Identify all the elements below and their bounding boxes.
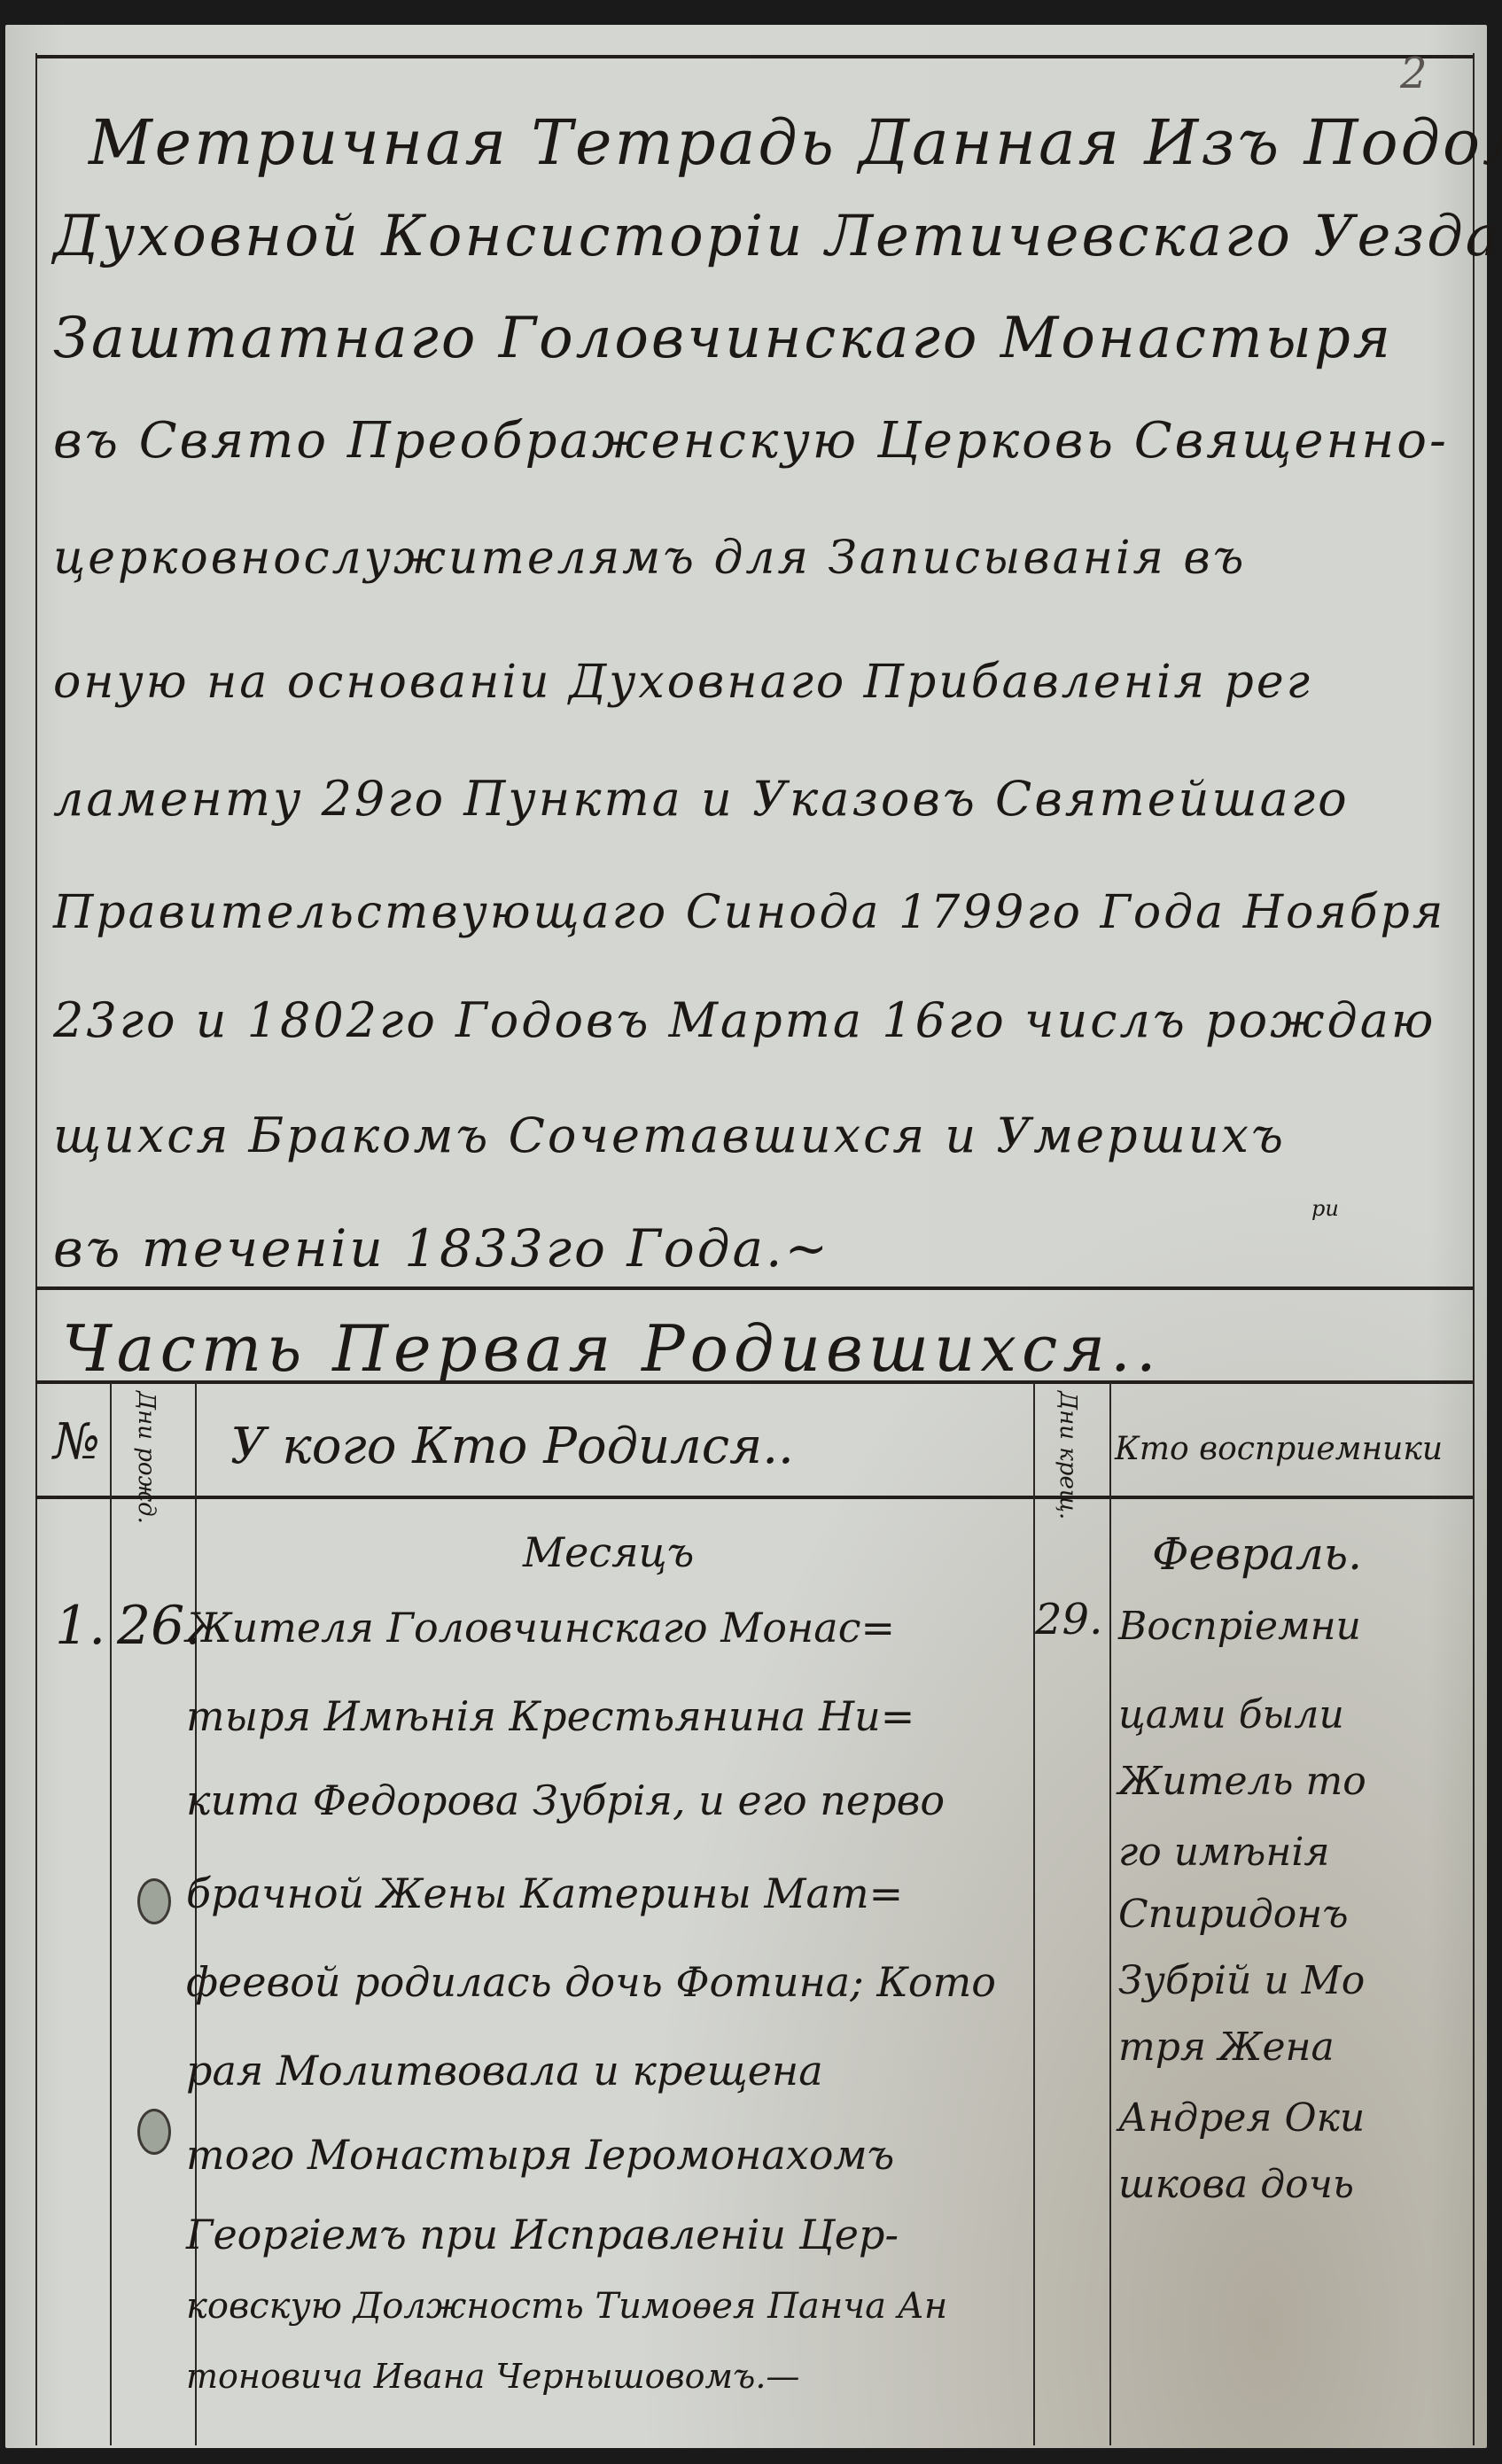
table-header-bottom-rule (35, 1496, 1473, 1499)
title-line-11: въ теченіи 1833го Года.~ (53, 1218, 830, 1279)
top-rule (35, 55, 1473, 58)
title-line-3: Заштатнаго Головчинскаго Монастыря (53, 306, 1393, 371)
month-label-left: Месяцъ (523, 1528, 694, 1576)
title-line-5: церковнослужителямъ для Записыванія въ (53, 532, 1246, 585)
title-line-9: 23го и 1802го Годовъ Марта 16го числъ ро… (53, 992, 1436, 1048)
title-line-1: Метричная Тетрадь Данная Изъ Подольской (89, 106, 1502, 179)
title-line-7: ламенту 29го Пункта и Указовъ Святейшаго (53, 771, 1350, 827)
header-godparents: Кто восприемники (1115, 1431, 1443, 1467)
row-number: 1. (55, 1595, 105, 1657)
title-line-6: оную на основаніи Духовнаго Прибавленія … (53, 656, 1312, 709)
binding-hole (137, 1878, 171, 1924)
col-divider-1 (110, 1382, 112, 2445)
entry-line-9: ковскую Должность Тимоѳея Панча Ан (186, 2286, 947, 2327)
title-line-10: щихся Бракомъ Сочетавшихся и Умершихъ (53, 1108, 1286, 1163)
section-title: Часть Первая Родившихся.. (62, 1311, 1162, 1386)
godparent-line-2: цами были (1118, 1692, 1344, 1737)
entry-line-10: тоновича Ивана Чернышовомъ.— (186, 2357, 799, 2396)
month-label-right: Февраль. (1152, 1528, 1362, 1580)
col-divider-3 (1033, 1382, 1035, 2445)
godparent-line-8: Андрея Оки (1118, 2095, 1365, 2141)
entry-line-4: брачной Жены Катерины Мат= (186, 1869, 903, 1917)
godparent-line-1: Воспріемни (1118, 1604, 1361, 1649)
godparent-line-7: тря Жена (1118, 2025, 1335, 2070)
page-number: 2 (1400, 49, 1428, 98)
entry-line-8: Георгіемъ при Исправленіи Цер- (186, 2211, 899, 2258)
godparent-line-9: шкова дочь (1118, 2162, 1354, 2207)
binding-hole (137, 2109, 171, 2155)
entry-line-5: феевой родилась дочь Фотина; Кото (186, 1958, 996, 2006)
godparent-line-4: го имѣнія (1118, 1830, 1330, 1875)
entry-line-7: того Монастыря Іеромонахомъ (186, 2131, 894, 2179)
header-born: У кого Кто Родился.. (230, 1418, 794, 1475)
table-top-rule (35, 1380, 1473, 1384)
title-line-2: Духовной Консисторіи Летичевскаго Уезда (53, 204, 1502, 269)
entry-line-3: кита Федорова Зубрія, и его перво (186, 1776, 945, 1824)
header-birth-day: Дни рожд. (133, 1391, 160, 1551)
godparent-line-6: Зубрій и Мо (1118, 1958, 1365, 2003)
title-line-4: въ Свято Преображенскую Церковь Священно… (53, 412, 1449, 470)
section-top-rule (35, 1286, 1473, 1290)
header-number: № (53, 1413, 100, 1471)
godparent-line-5: Спиридонъ (1118, 1892, 1349, 1937)
title-margin-note: ри (1311, 1196, 1339, 1221)
entry-line-6: рая Молитвовала и крещена (186, 2047, 823, 2095)
title-line-8: Правительствующаго Синода 1799го Года Но… (53, 886, 1445, 939)
godparent-line-3: Житель то (1118, 1759, 1366, 1804)
col-divider-4 (1109, 1382, 1111, 2445)
entry-line-2: тыря Имѣнія Крестьянина Ни= (186, 1692, 914, 1740)
header-baptism-day: Дни крещ. (1055, 1391, 1081, 1551)
entry-line-1: Жителя Головчинскаго Монас= (186, 1604, 895, 1652)
row-baptism-day: 29. (1035, 1595, 1102, 1644)
